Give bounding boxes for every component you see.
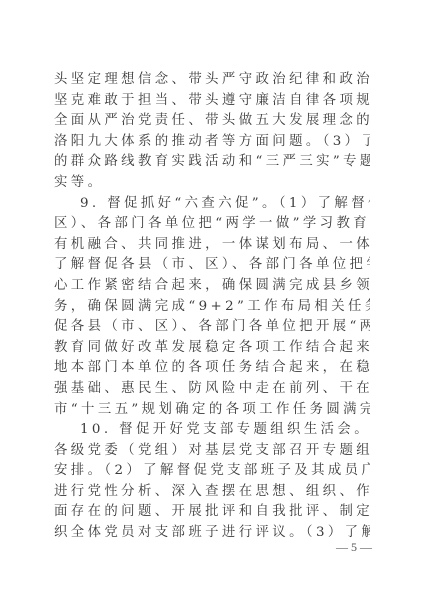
- text-line: 面存在的问题、开展批评和自我批评、制定整改措施，组: [54, 502, 370, 523]
- page-number: — 5 —: [334, 540, 374, 555]
- text-line: 的群众路线教育实践活动和“三严三实”专题教育整改落: [54, 152, 370, 173]
- text-line: 区）、各部门各单位把“两学一做”学习教育与“六查六促”: [54, 214, 370, 235]
- text-line: 强基础、惠民生、防风险中走在前列、干在实处，确保我: [54, 379, 370, 400]
- text-line: 安排。（2）了解督促党支部班子及其成员广泛征求意见、: [54, 461, 370, 482]
- text-line: 进行党性分析、深入查摆在思想、组织、作风、纪律等方: [54, 482, 370, 503]
- text-line: 地本部门本单位的各项任务结合起来，在稳增长、调结构、: [54, 358, 370, 379]
- text-line: 织全体党员对支部班子进行评议。（3）了解党小组召开专: [54, 523, 370, 544]
- text-line: 实等。: [54, 173, 370, 194]
- text-line: 务，确保圆满完成“9+2”工作布局相关任务。（3）了解督: [54, 297, 370, 318]
- text-line: 教育同做好改革发展稳定各项工作结合起来，同落实好本: [54, 338, 370, 359]
- document-page: 头坚定理想信念、带头严守政治纪律和政治规矩、带头攻 坚克难敢于担当、带头遵守廉洁…: [0, 0, 424, 600]
- text-line: 各级党委（党组）对基层党支部召开专题组织生活会作出: [54, 441, 370, 462]
- text-line: 全面从严治党责任、带头做五大发展理念的引领者和构建: [54, 111, 370, 132]
- body-text: 头坚定理想信念、带头严守政治纪律和政治规矩、带头攻 坚克难敢于担当、带头遵守廉洁…: [54, 70, 370, 544]
- section-9-heading-line: 9. 督促抓好“六查六促”。（1）了解督促各县（市、: [54, 194, 370, 215]
- text-line: 市“十三五”规划确定的各项工作任务圆满完成。: [54, 400, 370, 421]
- text-line: 坚克难敢于担当、带头遵守廉洁自律各项规定、带头落实: [54, 91, 370, 112]
- text-line: 心工作紧密结合起来，确保圆满完成县乡领导班子换届任: [54, 276, 370, 297]
- text-line: 头坚定理想信念、带头严守政治纪律和政治规矩、带头攻: [54, 70, 370, 91]
- text-line: 洛阳九大体系的推动者等方面问题。（3）了解督促深化党: [54, 132, 370, 153]
- text-line: 有机融合、共同推进，一体谋划布局、一体组织实施。（2）: [54, 235, 370, 256]
- section-10-heading-line: 10. 督促开好党支部专题组织生活会。（1）了解督促: [54, 420, 370, 441]
- text-line: 促各县（市、区）、各部门各单位把开展“两学一做”学习: [54, 317, 370, 338]
- text-line: 了解督促各县（市、区）、各部门各单位把学习教育与中: [54, 255, 370, 276]
